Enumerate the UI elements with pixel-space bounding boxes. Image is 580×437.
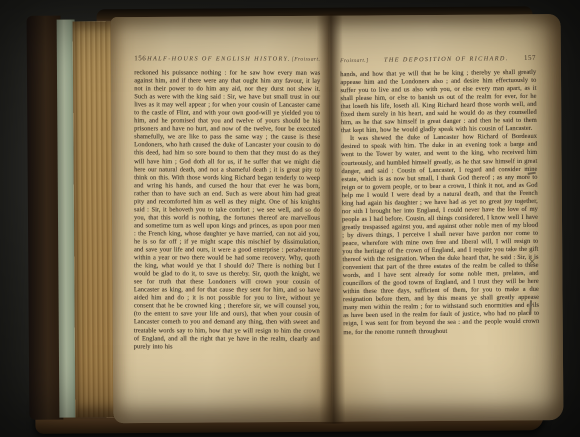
right-page-content: Froissart.] THE DEPOSITION OF RICHARD. 1… <box>328 13 565 422</box>
left-page: 156 HALF-HOURS OF ENGLISH HISTORY. [Froi… <box>111 16 332 424</box>
left-running-header: 156 HALF-HOURS OF ENGLISH HISTORY. [Froi… <box>134 54 320 62</box>
left-header-source-tag: [Froissart. <box>292 57 321 63</box>
right-page-body: hands, and how that ye will that he be k… <box>340 69 539 337</box>
left-page-body: reckoned his puissance nothing : for he … <box>134 69 320 351</box>
open-book: 156 HALF-HOURS OF ENGLISH HISTORY. [Froi… <box>27 4 546 434</box>
right-running-title: THE DEPOSITION OF RICHARD. <box>384 55 509 64</box>
right-page-paragraph-1: hands, and how that ye will that he be k… <box>340 69 537 136</box>
left-page-number: 156 <box>134 54 146 62</box>
left-page-content: 156 HALF-HOURS OF ENGLISH HISTORY. [Froi… <box>112 16 331 422</box>
right-page-paragraph-2: It was shewed the duke of Lancaster how … <box>341 133 539 337</box>
right-page: Froissart.] THE DEPOSITION OF RICHARD. 1… <box>329 14 564 422</box>
right-header-source-tag: Froissart.] <box>340 58 369 64</box>
book-photograph: 156 HALF-HOURS OF ENGLISH HISTORY. [Froi… <box>0 0 580 437</box>
left-running-title: HALF-HOURS OF ENGLISH HISTORY. <box>147 55 291 62</box>
pencil-cross-mark-icon: × <box>528 257 536 267</box>
left-page-paragraph: reckoned his puissance nothing : for he … <box>134 69 320 351</box>
right-page-number: 157 <box>524 54 536 62</box>
right-running-header: Froissart.] THE DEPOSITION OF RICHARD. 1… <box>340 54 536 64</box>
